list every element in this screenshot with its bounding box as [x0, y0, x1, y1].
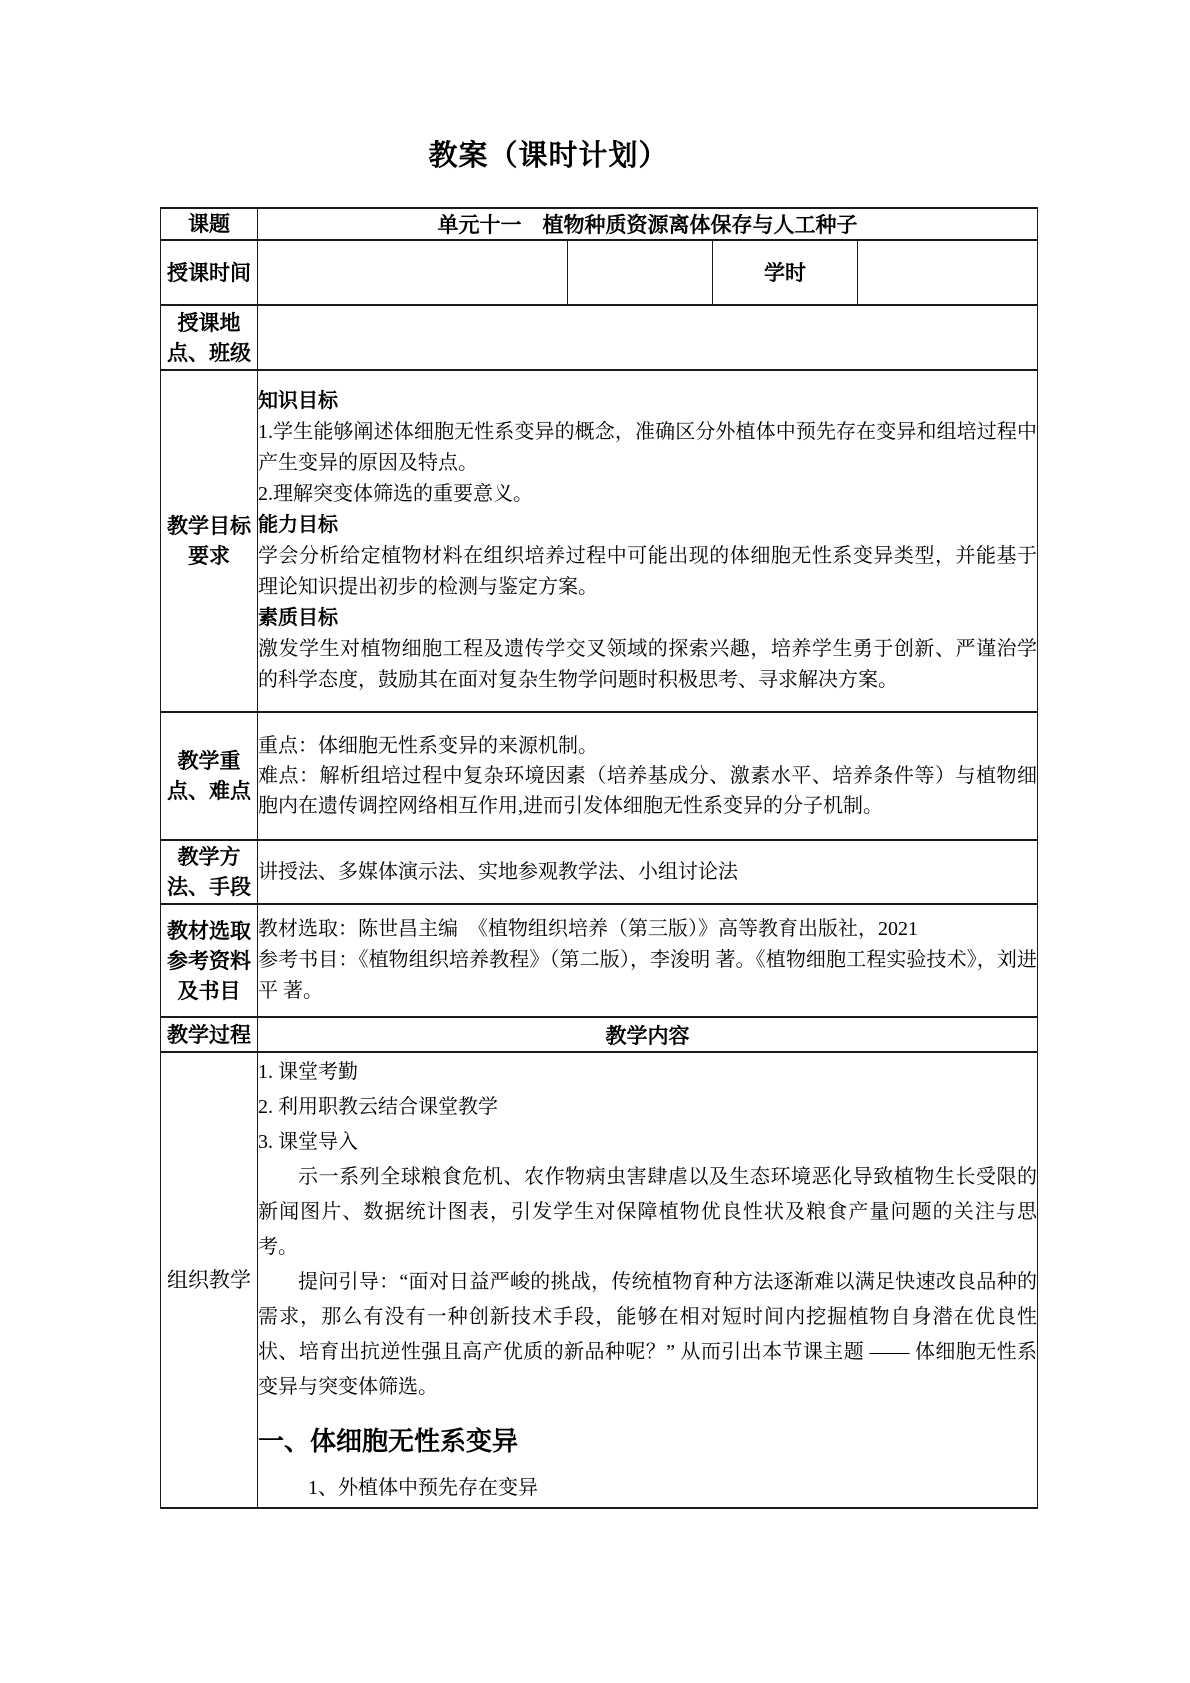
lesson-plan-table: 课题 单元十一 植物种质资源离体保存与人工种子 授课时间 学时 授课地 点、班级… — [160, 207, 1038, 1509]
page: 教案（课时计划） 课题 单元十一 植物种质资源离体保存与人工种子 授课时间 学时… — [0, 0, 1190, 1683]
row-key-points: 教学重 点、难点 重点：体细胞无性系变异的来源机制。 难点：解析组培过程中复杂环… — [161, 712, 1038, 840]
quality-goal-text: 激发学生对植物细胞工程及遗传学交叉领域的探索兴趣，培养学生勇于创新、严谨治学的科… — [258, 634, 1037, 696]
section-heading-somaclonal-variation: 一、体细胞无性系变异 — [258, 1421, 1037, 1463]
row-location-class: 授课地 点、班级 — [161, 305, 1038, 370]
lecture-time-extra-cell — [568, 240, 713, 305]
document-title: 教案（课时计划） — [110, 133, 987, 174]
sub-item-preexisting-variation: 1、外植体中预先存在变异 — [258, 1471, 1037, 1506]
knowledge-goal-heading: 知识目标 — [258, 386, 1037, 417]
key-point-text: 重点：体细胞无性系变异的来源机制。 — [258, 731, 1037, 761]
methods-content: 讲授法、多媒体演示法、实地参观教学法、小组讨论法 — [258, 840, 1038, 904]
methods-label: 教学方 法、手段 — [161, 840, 258, 904]
quality-goal-heading: 素质目标 — [258, 603, 1037, 634]
knowledge-goal-item: 1.学生能够阐述体细胞无性系变异的概念，准确区分外植体中预先存在变异和组培过程中… — [258, 417, 1037, 479]
organize-item-attendance: 1. 课堂考勤 — [258, 1055, 1037, 1090]
organize-item-lead-in: 3. 课堂导入 — [258, 1125, 1037, 1160]
materials-content: 教材选取：陈世昌主编 《植物组织培养（第三版）》高等教育出版社，2021 参考书… — [258, 904, 1038, 1017]
lecture-time-label: 授课时间 — [161, 240, 258, 305]
organize-teaching-content: 1. 课堂考勤 2. 利用职教云结合课堂教学 3. 课堂导入 示一系列全球粮食危… — [258, 1052, 1038, 1508]
organize-teaching-label: 组织教学 — [161, 1052, 258, 1508]
key-points-content: 重点：体细胞无性系变异的来源机制。 难点：解析组培过程中复杂环境因素（培养基成分… — [258, 712, 1038, 840]
ability-goal-heading: 能力目标 — [258, 510, 1037, 541]
process-label: 教学过程 — [161, 1017, 258, 1052]
location-class-value — [258, 305, 1038, 370]
row-objectives: 教学目标 要求 知识目标 1.学生能够阐述体细胞无性系变异的概念，准确区分外植体… — [161, 370, 1038, 712]
row-topic: 课题 单元十一 植物种质资源离体保存与人工种子 — [161, 208, 1038, 240]
row-materials: 教材选取 参考资料 及书目 教材选取：陈世昌主编 《植物组织培养（第三版）》高等… — [161, 904, 1038, 1017]
row-lecture-time: 授课时间 学时 — [161, 240, 1038, 305]
materials-label: 教材选取 参考资料 及书目 — [161, 904, 258, 1017]
ability-goal-text: 学会分析给定植物材料在组织培养过程中可能出现的体细胞无性系变异类型，并能基于理论… — [258, 541, 1037, 603]
question-guide-paragraph: 提问引导：“面对日益严峻的挑战，传统植物育种方法逐渐难以满足快速改良品种的需求，… — [258, 1265, 1037, 1405]
materials-textbook-line: 教材选取：陈世昌主编 《植物组织培养（第三版）》高等教育出版社，2021 — [258, 914, 1037, 945]
methods-text: 讲授法、多媒体演示法、实地参观教学法、小组讨论法 — [258, 857, 1037, 887]
knowledge-goal-item: 2.理解突变体筛选的重要意义。 — [258, 479, 1037, 510]
lead-in-paragraph: 示一系列全球粮食危机、农作物病虫害肆虐以及生态环境恶化导致植物生长受限的新闻图片… — [258, 1160, 1037, 1265]
row-methods: 教学方 法、手段 讲授法、多媒体演示法、实地参观教学法、小组讨论法 — [161, 840, 1038, 904]
lecture-time-value — [258, 240, 568, 305]
objectives-content: 知识目标 1.学生能够阐述体细胞无性系变异的概念，准确区分外植体中预先存在变异和… — [258, 370, 1038, 712]
row-organize-teaching: 组织教学 1. 课堂考勤 2. 利用职教云结合课堂教学 3. 课堂导入 示一系列… — [161, 1052, 1038, 1508]
objectives-label: 教学目标 要求 — [161, 370, 258, 712]
key-points-label: 教学重 点、难点 — [161, 712, 258, 840]
class-hours-label: 学时 — [713, 240, 858, 305]
class-hours-value — [858, 240, 1038, 305]
materials-reference-line: 参考书目：《植物组织培养教程》（第二版），李浚明 著。《植物细胞工程实验技术》，… — [258, 945, 1037, 1007]
row-process-header: 教学过程 教学内容 — [161, 1017, 1038, 1052]
topic-value: 单元十一 植物种质资源离体保存与人工种子 — [258, 208, 1038, 240]
topic-label: 课题 — [161, 208, 258, 240]
process-content-header: 教学内容 — [258, 1017, 1038, 1052]
difficult-point-text: 难点：解析组培过程中复杂环境因素（培养基成分、激素水平、培养条件等）与植物细胞内… — [258, 761, 1037, 821]
location-class-label: 授课地 点、班级 — [161, 305, 258, 370]
organize-item-cloud-teaching: 2. 利用职教云结合课堂教学 — [258, 1090, 1037, 1125]
